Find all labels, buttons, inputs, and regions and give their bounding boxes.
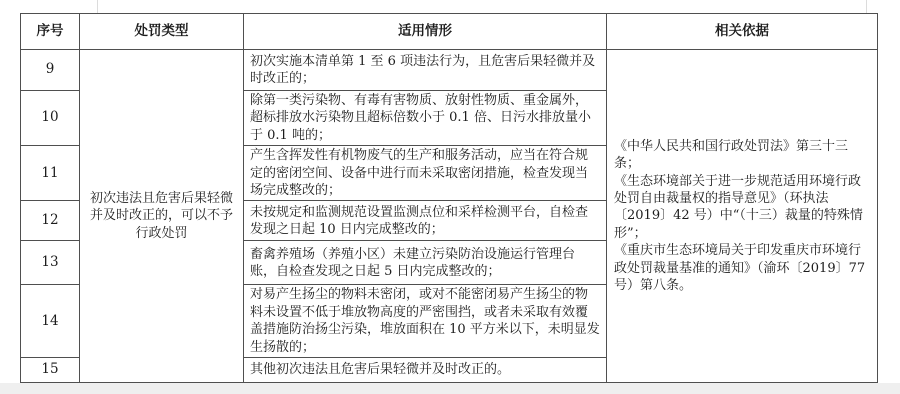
penalty-type-cell: 初次违法且危害后果轻微并及时改正的，可以不予行政处罚 (80, 50, 244, 383)
penalty-table: 序号 处罚类型 适用情形 相关依据 9 初次违法且危害后果轻微并及时改正的，可以… (20, 13, 878, 383)
seq-no-cell: 14 (21, 285, 80, 358)
table-row: 9 初次违法且危害后果轻微并及时改正的，可以不予行政处罚 初次实施本清单第 1 … (21, 50, 878, 91)
seq-no-cell: 9 (21, 50, 80, 91)
page-margin-mark-left (97, 0, 98, 13)
situation-cell: 未按规定和监测规范设置监测点位和采样检测平台，自检查发现之日起 10 日内完成整… (244, 201, 607, 241)
header-seq-no: 序号 (21, 14, 80, 50)
related-basis-cell: 《中华人民共和国行政处罚法》第三十三条； 《生态环境部关于进一步规范适用环境行政… (607, 50, 878, 383)
header-related-basis: 相关依据 (607, 14, 878, 50)
situation-cell: 产生含挥发性有机物废气的生产和服务活动，应当在符合规定的密闭空间、设备中进行而未… (244, 146, 607, 201)
seq-no-cell: 11 (21, 146, 80, 201)
page-margin-mark-right (866, 0, 867, 13)
situation-cell: 除第一类污染物、有毒有害物质、放射性物质、重金属外，超标排放水污染物且超标倍数小… (244, 91, 607, 146)
header-row: 序号 处罚类型 适用情形 相关依据 (21, 14, 878, 50)
seq-no-cell: 15 (21, 358, 80, 383)
seq-no-cell: 12 (21, 201, 80, 241)
seq-no-cell: 13 (21, 241, 80, 285)
document-page: { "table": { "headers": ["序号", "处罚类型", "… (0, 0, 900, 394)
header-penalty-type: 处罚类型 (80, 14, 244, 50)
situation-cell: 初次实施本清单第 1 至 6 项违法行为，且危害后果轻微并及时改正的； (244, 50, 607, 91)
table-body: 9 初次违法且危害后果轻微并及时改正的，可以不予行政处罚 初次实施本清单第 1 … (21, 50, 878, 383)
situation-cell: 畜禽养殖场（养殖小区）未建立污染防治设施运行管理台账，自检查发现之日起 5 日内… (244, 241, 607, 285)
page-edge-strip (0, 383, 900, 394)
seq-no-cell: 10 (21, 91, 80, 146)
situation-cell: 其他初次违法且危害后果轻微并及时改正的。 (244, 358, 607, 383)
situation-cell: 对易产生扬尘的物料未密闭，或对不能密闭易产生扬尘的物料未设置不低于堆放物高度的严… (244, 285, 607, 358)
header-applicable-situation: 适用情形 (244, 14, 607, 50)
